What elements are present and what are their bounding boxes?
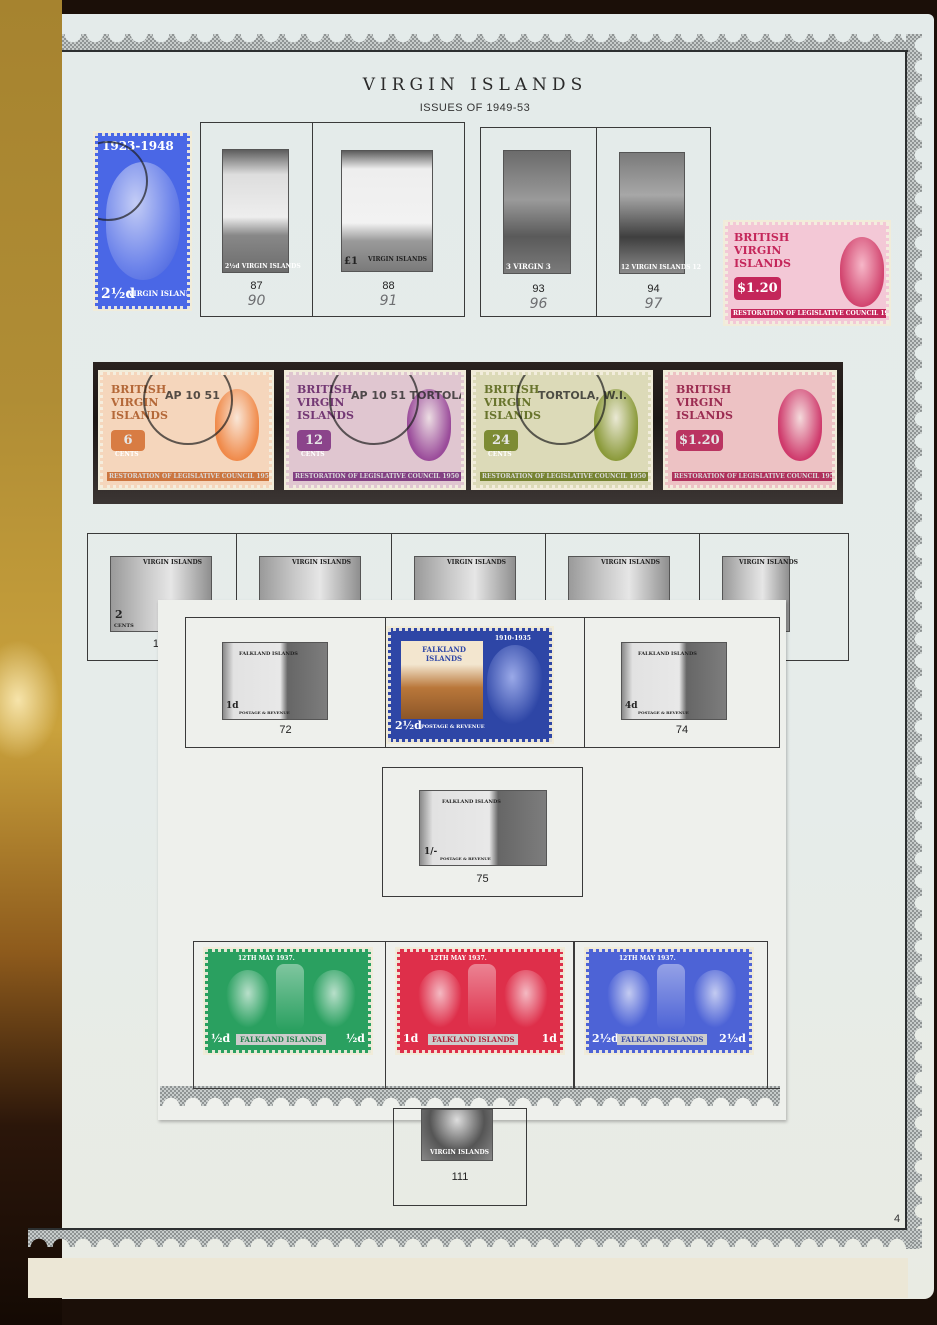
queen-portrait: [226, 970, 270, 1028]
stamp-caption: RESTORATION OF LEGISLATIVE COUNCIL 1950: [731, 309, 889, 318]
postmark-text: AP 10 51 TORTOLA, W.I.: [351, 389, 464, 402]
stamp-country-line: BRITISH: [676, 383, 731, 396]
stamp-value: 24: [484, 430, 518, 451]
postmark-text: TORTOLA, W.I.: [538, 389, 627, 402]
king-portrait: [840, 237, 884, 307]
decorative-border-bottom: [28, 1229, 922, 1247]
stamp-space-87[interactable]: 2½d VIRGIN ISLANDS 87 90: [200, 122, 313, 317]
catalog-number: 93: [481, 283, 596, 295]
frame-line: [193, 1088, 780, 1089]
page-subtitle: ISSUES OF 1949-53: [300, 102, 650, 114]
stamp-image-placeholder: VIRGIN ISLANDS: [414, 556, 516, 604]
stamp-country: FALKLAND ISLANDS: [428, 1034, 518, 1045]
catalog-number: 88: [313, 280, 464, 292]
king-portrait: [504, 970, 548, 1028]
page-number: 4: [894, 1213, 900, 1225]
stamp-coronation-1937[interactable]: 12TH MAY 1937.2½dFALKLAND ISLANDS2½d: [586, 949, 752, 1053]
stamp-image-placeholder: 2½d VIRGIN ISLANDS: [222, 149, 289, 273]
stamp-image-placeholder: FALKLAND ISLANDS4dPOSTAGE & REVENUE: [621, 642, 727, 720]
handwritten-number: 96: [481, 296, 596, 312]
stamp-silver-wedding[interactable]: 1923-1948 2½d VIRGIN ISLANDS: [95, 133, 190, 309]
stamp-value: $1.20: [676, 430, 723, 451]
decorative-border-overlay: [160, 1086, 780, 1106]
king-portrait: [312, 970, 356, 1028]
catalog-number: 87: [201, 280, 312, 292]
postmark: [329, 372, 419, 445]
king-portrait: [693, 970, 737, 1028]
page-title: VIRGIN ISLANDS: [300, 75, 650, 95]
queen-portrait: [607, 970, 651, 1028]
stamp-unit: CENTS: [115, 451, 139, 458]
crown-sceptres-emblem: [276, 964, 304, 1030]
catalog-number: 94: [597, 283, 710, 295]
stamp-value: ½d: [211, 1032, 230, 1045]
king-portrait: [487, 645, 543, 725]
stamp-space-93[interactable]: 3 VIRGIN 3 93 96: [480, 127, 597, 317]
stamp-caption: RESTORATION OF LEGISLATIVE COUNCIL 1950: [293, 472, 461, 481]
stamp-country-line: ISLANDS: [734, 257, 791, 270]
stamp-space-jubilee-2-5d[interactable]: FALKLAND ISLANDS1910-19352½dPOSTAGE & RE…: [385, 617, 585, 748]
catalog-number: 74: [585, 724, 779, 736]
catalog-number: 111: [394, 1171, 526, 1183]
postmark-text: AP 10 51: [165, 389, 220, 402]
queen-portrait: [418, 970, 462, 1028]
stamp-image-placeholder: £1 VIRGIN ISLANDS: [341, 150, 433, 272]
stamp-years: 1910-1935: [495, 635, 531, 642]
catalog-number: 75: [383, 873, 582, 885]
postmark: [516, 372, 606, 445]
handwritten-number: 90: [201, 293, 312, 309]
stamp-date: 12TH MAY 1937.: [430, 955, 487, 962]
light-glare: [0, 640, 60, 760]
king-portrait: [778, 389, 822, 461]
stamp-country: FALKLAND ISLANDS: [411, 645, 477, 663]
stamp-space-88[interactable]: £1 VIRGIN ISLANDS 88 91: [312, 122, 465, 317]
stamp-image-placeholder: VIRGIN ISLANDS: [421, 1109, 493, 1161]
stamp-country-line: VIRGIN: [676, 396, 723, 409]
stamp-value: ½d: [346, 1032, 365, 1045]
frame-line: [905, 50, 907, 1230]
stamp-coronation-1937[interactable]: 12TH MAY 1937.1dFALKLAND ISLANDS1d: [397, 949, 563, 1053]
stamp-silver-jubilee[interactable]: FALKLAND ISLANDS1910-19352½dPOSTAGE & RE…: [388, 628, 552, 742]
stamp-legislative-council[interactable]: BRITISHVIRGINISLANDS$1.20RESTORATION OF …: [665, 372, 835, 488]
stamp-country-line: ISLANDS: [676, 409, 733, 422]
catalog-number: 72: [186, 724, 385, 736]
stamp-space-111[interactable]: VIRGIN ISLANDS 111: [393, 1108, 527, 1206]
stamp-value: 2½d: [395, 719, 422, 732]
stamp-coronation-1937[interactable]: 12TH MAY 1937.½dFALKLAND ISLANDS½d: [205, 949, 371, 1053]
stamp-space-72[interactable]: FALKLAND ISLANDS1dPOSTAGE & REVENUE72: [185, 617, 386, 748]
stamp-space-94[interactable]: 12 VIRGIN ISLANDS 12 94 97: [596, 127, 711, 317]
stamp-value: $1.20: [734, 277, 781, 300]
stamp-caption: POSTAGE & REVENUE: [421, 724, 485, 730]
decorative-border-right: [906, 34, 922, 1249]
stamp-value: 1d: [403, 1032, 418, 1045]
stamp-unit: CENTS: [488, 451, 512, 458]
stamp-image-placeholder: VIRGIN ISLANDS: [568, 556, 670, 604]
frame-line: [62, 50, 908, 52]
stamp-legislative-council[interactable]: BRITISHVIRGINISLANDS12CENTSRESTORATION O…: [286, 372, 464, 488]
stamp-image-placeholder: FALKLAND ISLANDS1/-POSTAGE & REVENUE: [419, 790, 547, 866]
stamp-image-placeholder: FALKLAND ISLANDS1dPOSTAGE & REVENUE: [222, 642, 328, 720]
stamp-value: 6: [111, 430, 145, 451]
stamp-image-placeholder: 3 VIRGIN 3: [503, 150, 571, 274]
stamp-country-line: BRITISH: [734, 231, 789, 244]
stamp-value: 1d: [542, 1032, 557, 1045]
handwritten-number: 97: [597, 296, 710, 312]
stamp-space-75[interactable]: FALKLAND ISLANDS1/-POSTAGE & REVENUE75: [382, 767, 583, 897]
stamp-legislative-council-1-20[interactable]: BRITISH VIRGIN ISLANDS $1.20 RESTORATION…: [725, 222, 889, 324]
stamp-value: 2½d: [719, 1032, 746, 1045]
stamp-value: 12: [297, 430, 331, 451]
stamp-caption: RESTORATION OF LEGISLATIVE COUNCIL 1950: [480, 472, 648, 481]
stamp-caption: RESTORATION OF LEGISLATIVE COUNCIL 1950: [672, 472, 835, 481]
crown-sceptres-emblem: [657, 964, 685, 1030]
stamp-country: FALKLAND ISLANDS: [236, 1034, 326, 1045]
handwritten-number: 91: [313, 293, 464, 309]
stamp-date: 12TH MAY 1937.: [619, 955, 676, 962]
stamp-legislative-council[interactable]: BRITISHVIRGINISLANDS24CENTSRESTORATION O…: [473, 372, 651, 488]
stamp-space-74[interactable]: FALKLAND ISLANDS4dPOSTAGE & REVENUE74: [584, 617, 780, 748]
stamp-unit: CENTS: [301, 451, 325, 458]
stamp-country: VIRGIN ISLANDS: [128, 289, 190, 298]
stamp-image-placeholder: 12 VIRGIN ISLANDS 12: [619, 152, 685, 274]
stamp-value: 2½d: [592, 1032, 619, 1045]
stamp-country: FALKLAND ISLANDS: [617, 1034, 707, 1045]
stamp-date: 12TH MAY 1937.: [238, 955, 295, 962]
stamp-legislative-council[interactable]: BRITISHVIRGINISLANDS6CENTSRESTORATION OF…: [100, 372, 272, 488]
stamp-country-line: VIRGIN: [734, 244, 781, 257]
frame-line: [28, 1228, 907, 1230]
crown-sceptres-emblem: [468, 964, 496, 1030]
page-bottom-margin: [28, 1258, 908, 1298]
stamp-image-placeholder: VIRGIN ISLANDS: [259, 556, 361, 604]
stamp-caption: RESTORATION OF LEGISLATIVE COUNCIL 1950: [107, 472, 272, 481]
